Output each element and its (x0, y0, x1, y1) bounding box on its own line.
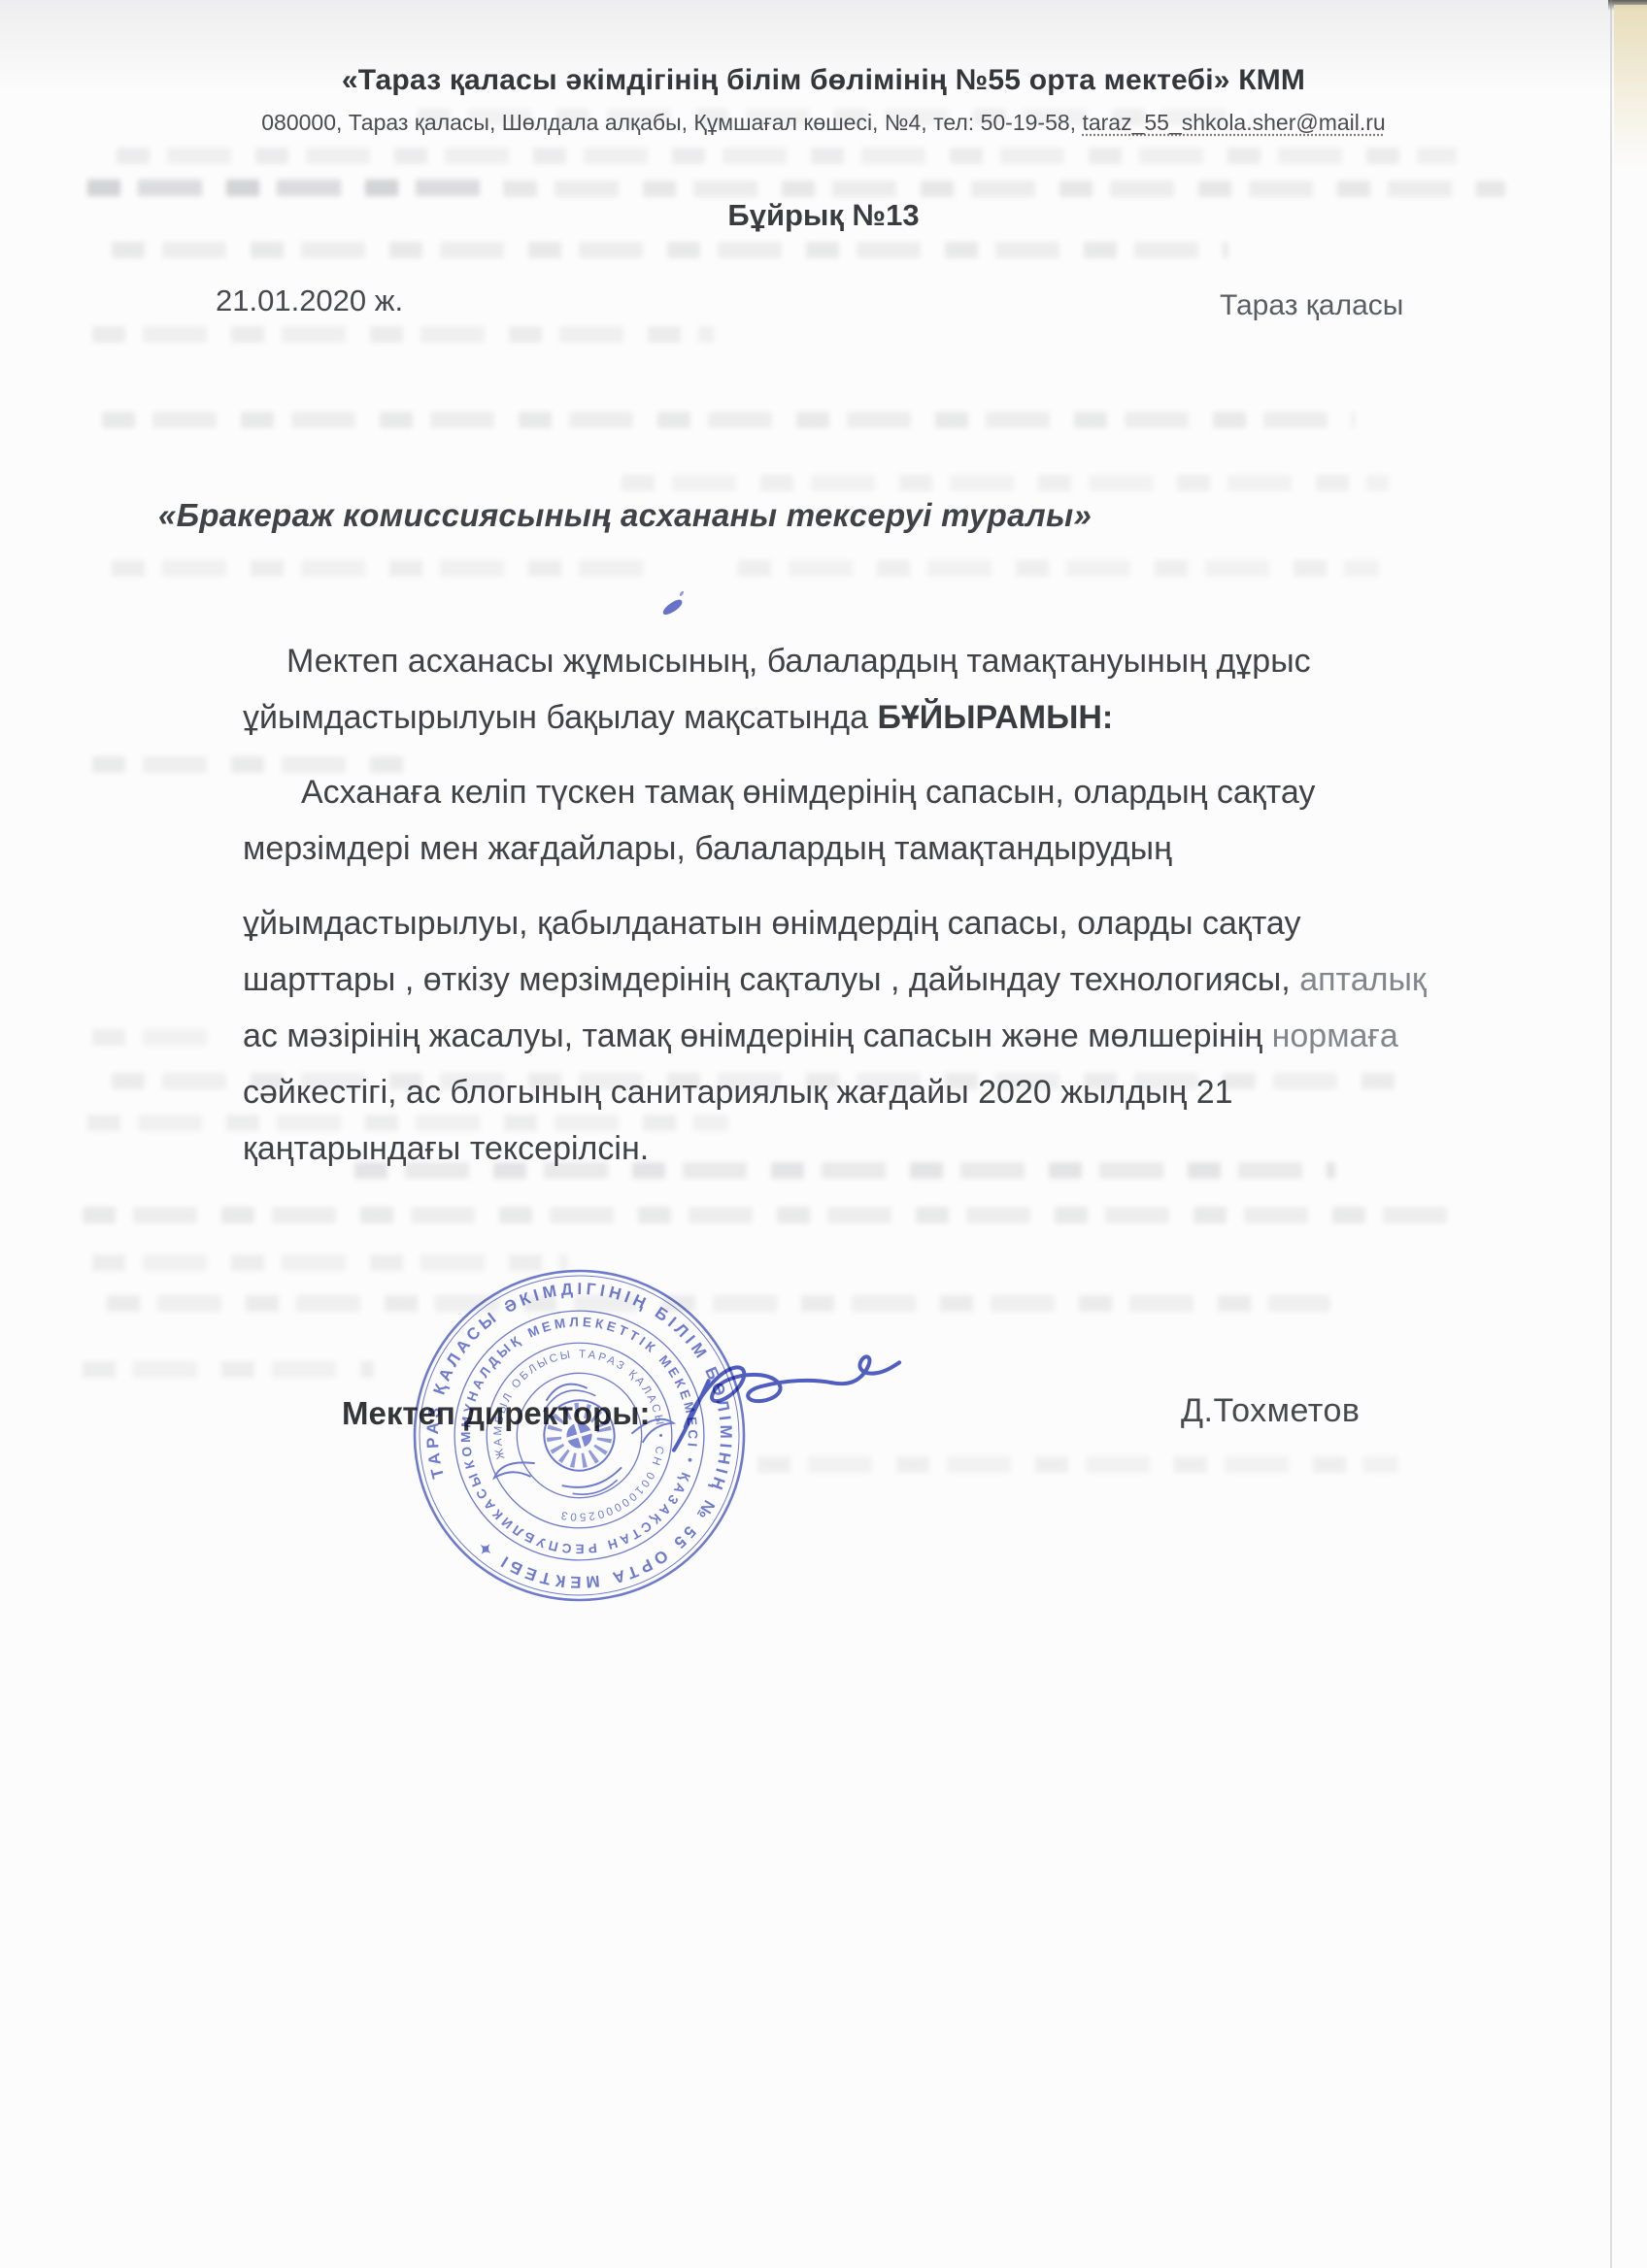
bleed-through-artifact (112, 560, 655, 577)
director-signature (666, 1346, 917, 1462)
bleed-through-artifact (92, 1254, 568, 1271)
body-line: ас мәзірінің жасалуы, тамақ өнімдерінің … (243, 1008, 1505, 1064)
body-line: сәйкестігі, ас блогының санитариялық жағ… (243, 1064, 1505, 1120)
bleed-through-artifact (87, 179, 505, 195)
bleed-through-artifact (83, 1207, 1471, 1223)
faded-word: апталық (1291, 961, 1427, 998)
body-line: ұйымдастырылуы, қабылданатын өнімдердің … (243, 895, 1505, 951)
bleed-through-artifact (738, 560, 1379, 577)
bleed-through-artifact (83, 1361, 374, 1378)
order-city: Тараз қаласы (1220, 289, 1403, 322)
body-line: ұйымдастырылуын бақылау мақсатында БҰЙЫР… (243, 689, 1505, 746)
order-body: Мектеп асханасы жұмысының, балалардың та… (243, 633, 1505, 1177)
bleed-through-artifact (102, 412, 1355, 428)
order-subject: «Бракераж комиссиясының асхананы тексеру… (158, 497, 1092, 534)
paragraph: Асханаға келіп түскен тамақ өнімдерінің … (243, 764, 1505, 877)
body-line-text: шарттары , өткізу мерзімдерінің сақталуы… (243, 961, 1291, 998)
bleed-through-artifact (117, 148, 1457, 164)
director-name: Д.Тохметов (1181, 1392, 1360, 1430)
body-line: шарттары , өткізу мерзімдерінің сақталуы… (243, 951, 1505, 1008)
order-number-title: Бұйрық №13 (0, 198, 1647, 233)
bleed-through-artifact (622, 475, 1389, 491)
bleed-through-artifact (112, 242, 1228, 258)
body-line: Асханаға келіп түскен тамақ өнімдерінің … (243, 764, 1505, 820)
body-line: қаңтарындағы тексерілсін. (243, 1120, 1505, 1177)
body-line: Мектеп асханасы жұмысының, балалардың та… (243, 633, 1505, 689)
address-text: 080000, Тараз қаласы, Шөлдала алқабы, Құ… (261, 110, 1082, 135)
paragraph: ұйымдастырылуы, қабылданатын өнімдердің … (243, 895, 1505, 1177)
bleed-through-artifact (107, 1295, 1330, 1312)
paragraph: Мектеп асханасы жұмысының, балалардың та… (243, 633, 1505, 746)
pen-mark-artifact (660, 598, 684, 617)
bleed-through-artifact (92, 1029, 228, 1046)
bleed-through-artifact (92, 326, 714, 343)
order-date: 21.01.2020 ж. (216, 283, 403, 318)
order-command-word: БҰЙЫРАМЫН: (877, 699, 1113, 736)
faded-word: нормаға (1272, 1017, 1398, 1054)
body-line-text: ас мәзірінің жасалуы, тамақ өнімдерінің … (243, 1017, 1272, 1054)
scanned-document-page: «Тараз қаласы әкімдігінің білім бөліміні… (0, 0, 1647, 2268)
school-name-title: «Тараз қаласы әкімдігінің білім бөліміні… (0, 64, 1647, 97)
scan-edge-line-artifact (1610, 0, 1612, 2268)
body-line: мерзімдері мен жағдайлары, балалардың та… (243, 820, 1505, 877)
body-line-text: ұйымдастырылуын бақылау мақсатында (243, 699, 877, 736)
school-address-line: 080000, Тараз қаласы, Шөлдала алқабы, Құ… (0, 110, 1647, 136)
letterhead: «Тараз қаласы әкімдігінің білім бөліміні… (0, 64, 1647, 136)
school-email: taraz_55_shkola.sher@mail.ru (1082, 110, 1385, 135)
